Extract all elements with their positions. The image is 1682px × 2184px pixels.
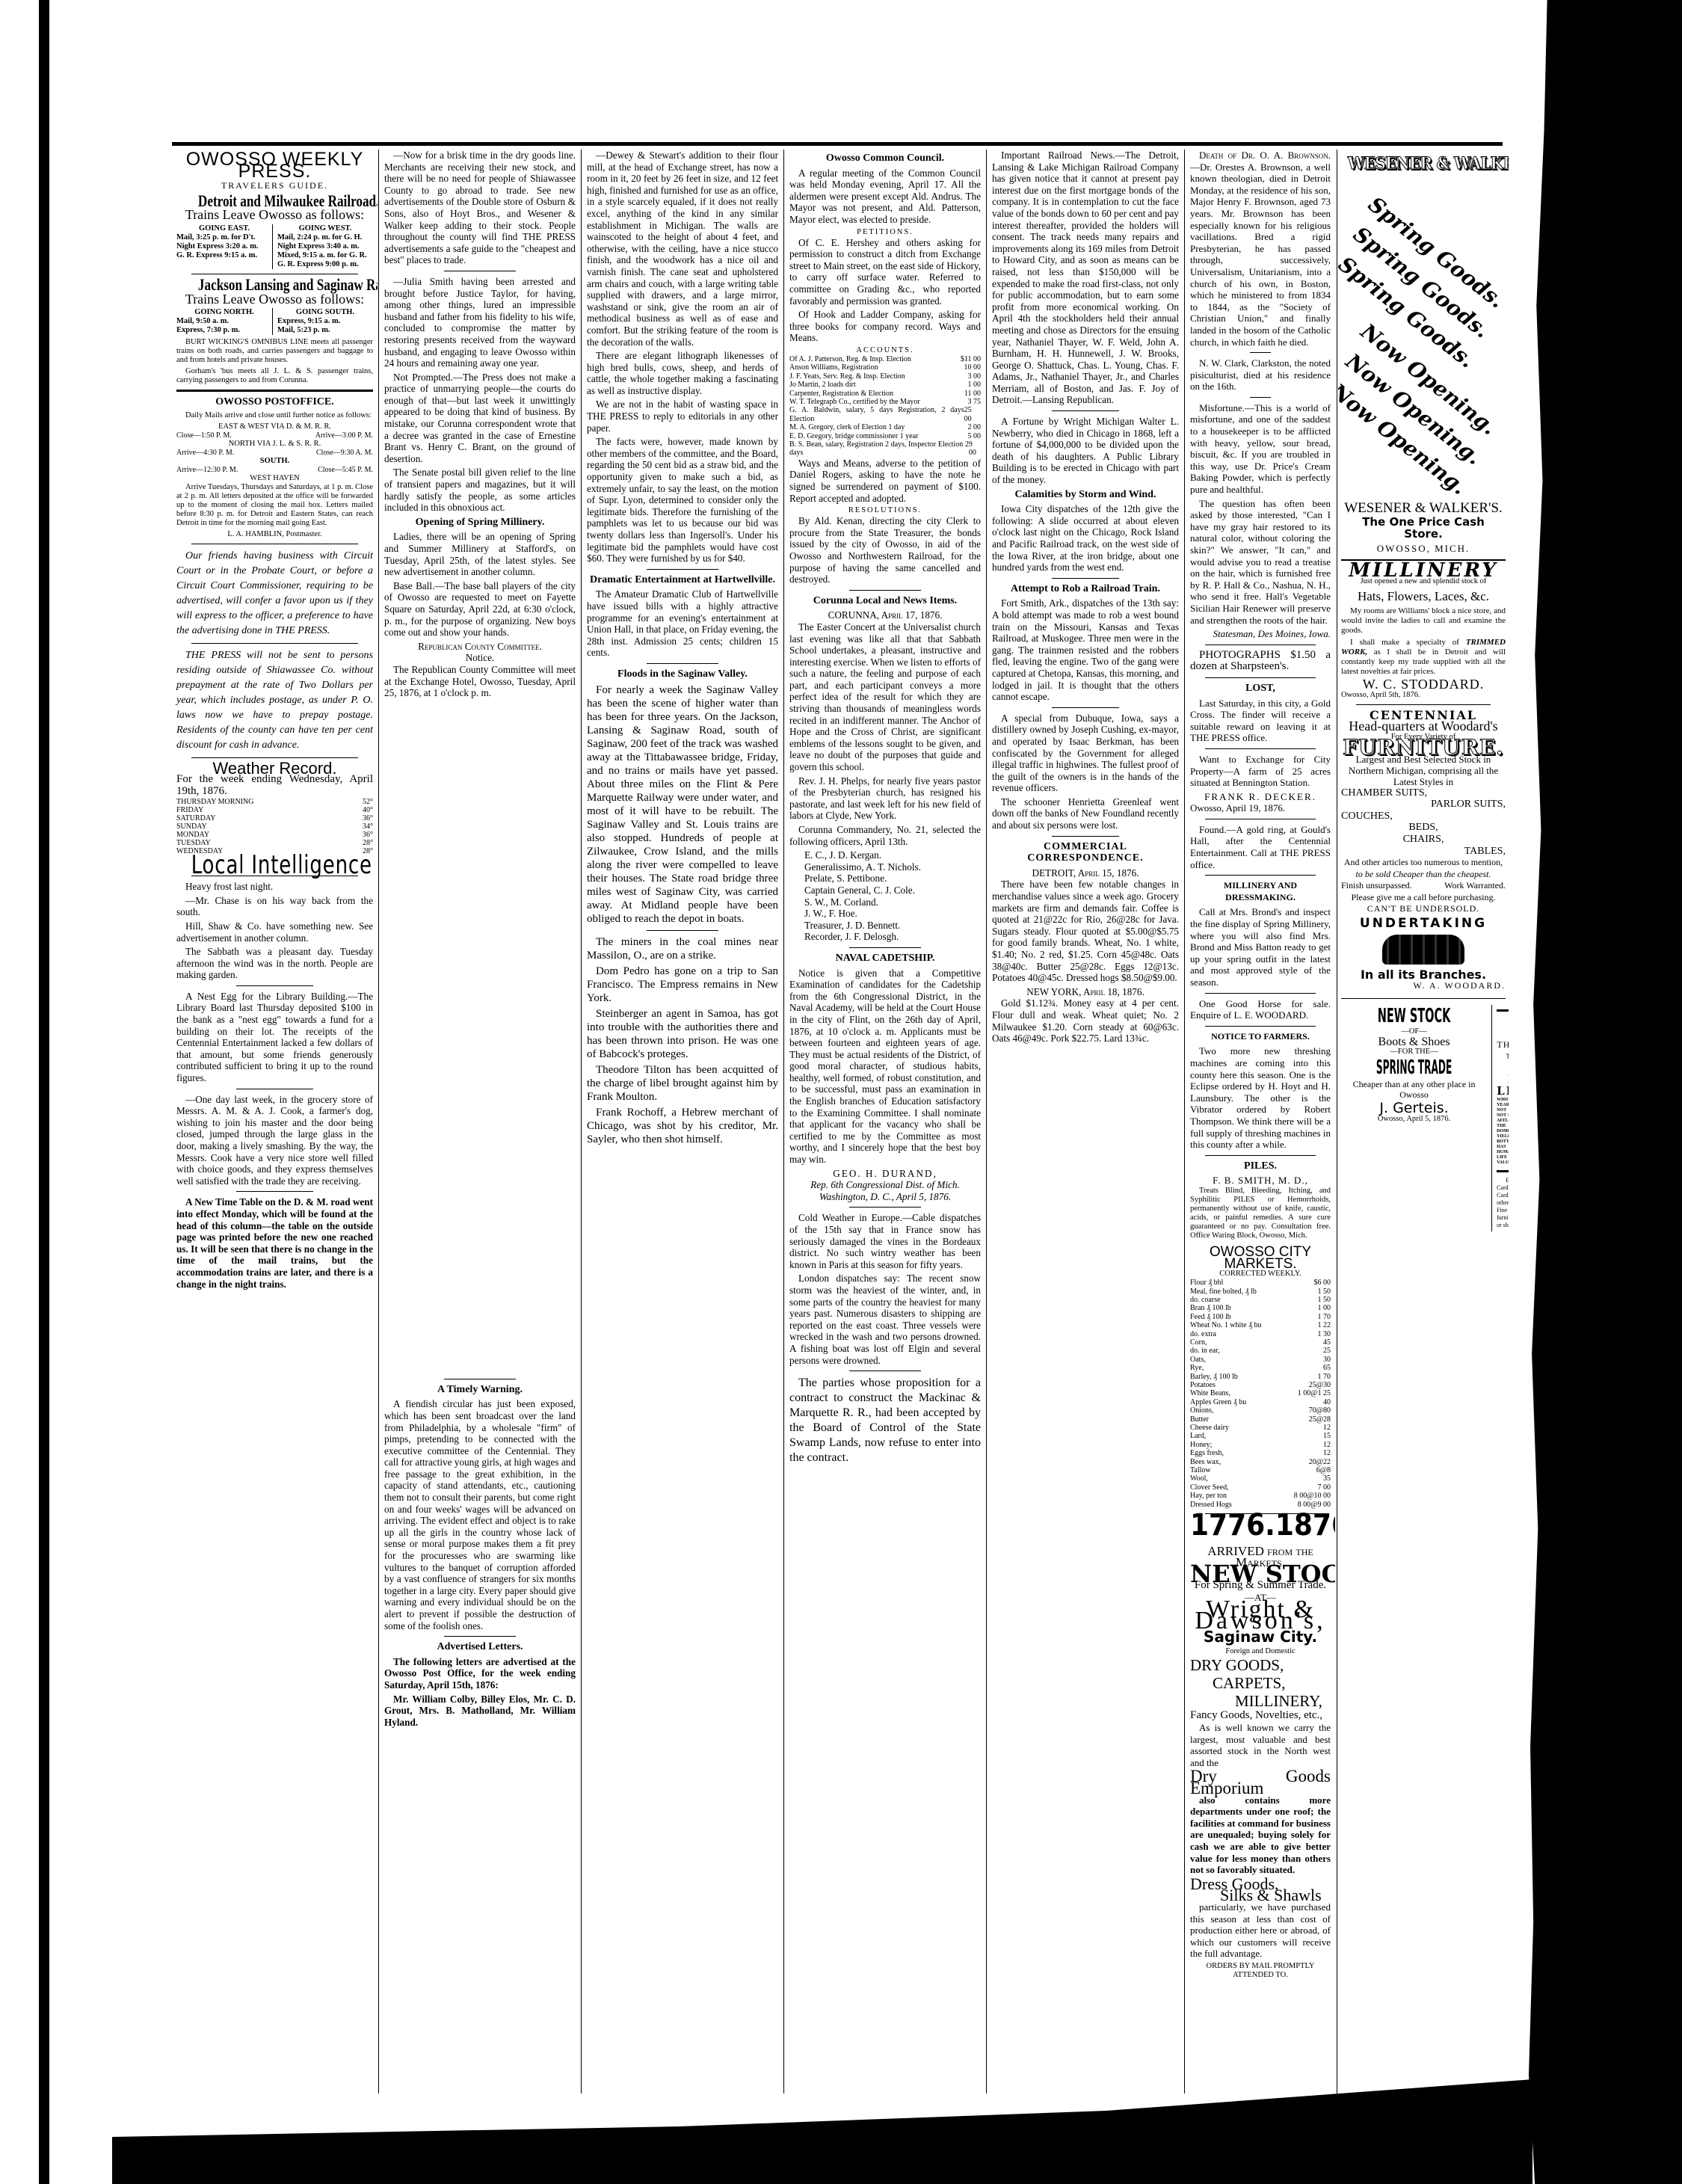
mail-route-heading: WEST HAVEN <box>176 474 373 483</box>
dramatic-heading: Dramatic Entertainment at Hartwellville. <box>587 574 778 586</box>
ways-means-text: Ways and Means, adverse to the petition … <box>789 458 981 504</box>
weather-row: MONDAY36° <box>176 831 373 839</box>
news-item: Not Prompted.—The Press does not make a … <box>384 372 576 465</box>
petition-item: Of Hook and Ladder Company, asking for t… <box>789 309 981 344</box>
divider <box>444 1636 516 1637</box>
misfortune-item: Misfortune.—This is a world of misfortun… <box>1190 402 1331 496</box>
divider <box>1205 819 1316 819</box>
headquarters-text: Head-quarters at Woodard's <box>1341 721 1506 733</box>
branches-text: In all its Branches. <box>1341 969 1506 981</box>
market-row-value: 25@28 <box>1309 1415 1331 1424</box>
weather-day: SUNDAY <box>176 822 207 831</box>
market-row-label: do. coarse <box>1190 1296 1221 1304</box>
divider <box>1205 1026 1316 1027</box>
divider <box>1205 748 1316 749</box>
divider <box>1052 707 1119 708</box>
mail-time: Close—1:50 P. M. <box>176 431 232 440</box>
direction-heading: GOING SOUTH. <box>277 308 373 317</box>
divider <box>1497 1170 1509 1172</box>
market-row: Oats,30 <box>1190 1356 1331 1364</box>
divider <box>1205 677 1316 678</box>
market-row-label: Hay, per ton <box>1190 1492 1227 1500</box>
divider <box>1356 704 1491 705</box>
for-the-text: —FOR THE— <box>1341 1048 1487 1056</box>
subscription-notice: THE PRESS will not be sent to persons re… <box>176 648 373 753</box>
corunna-heading: Corunna Local and News Items. <box>789 595 981 607</box>
timely-warning-text: A fiendish circular has just been expose… <box>384 1398 576 1631</box>
divider <box>849 947 921 948</box>
mail-route-heading: EAST & WEST VIA D. & M. R. R. <box>176 422 373 431</box>
news-item: The Senate postal bill given relief to t… <box>384 467 576 513</box>
market-row-value: 70@80 <box>1309 1406 1331 1415</box>
timely-warning-heading: A Timely Warning. <box>384 1384 576 1396</box>
account-row-label: W. T. Telegraph Co., certified by the Ma… <box>789 398 920 406</box>
officer-item: Captain General, C. J. Cole. <box>804 885 981 896</box>
naval-cadetship-text: Notice is given that a Competitive Exami… <box>789 968 981 1166</box>
mail-time: Arrive—4:30 P. M. <box>176 449 234 457</box>
coffin-illustration-icon <box>1382 935 1464 965</box>
mustang-liniment-ad: The Enemy of Disease! THE FOE OF PAIN TO… <box>1497 1005 1509 1231</box>
market-row: Barley, ₰ 100 lb1 70 <box>1190 1373 1331 1381</box>
known-text: As is well known we carry the largest, m… <box>1190 1722 1331 1768</box>
corunna-bus-notice: Gorham's 'bus meets all J. L. & S. passe… <box>176 367 373 385</box>
resolutions-text: By Ald. Kenan, directing the city Clerk … <box>789 515 981 585</box>
woodard-signature: W. A. WOODARD. <box>1341 980 1506 992</box>
exchange-date: Owosso, April 19, 1876. <box>1190 802 1331 814</box>
account-row-value: 25 00 <box>964 406 981 423</box>
market-row-label: Clover Seed, <box>1190 1483 1229 1492</box>
weather-day: MONDAY <box>176 831 209 839</box>
weather-row: SUNDAY34° <box>176 822 373 831</box>
train-row: Night Express 3:20 a. m. <box>176 242 272 251</box>
postoffice-title: OWOSSO POSTOFFICE. <box>176 396 373 408</box>
man-beast-text: TO MAN AND BEAST <box>1497 1051 1509 1063</box>
news-heading: Notice. <box>384 652 576 664</box>
market-row-value: 40 <box>1323 1398 1331 1406</box>
divider <box>191 757 358 758</box>
news-item: Ladies, there will be an opening of Spri… <box>384 531 576 577</box>
piles-text: Treats Blind, Bleeding, Itching, and Syp… <box>1190 1187 1331 1240</box>
local-item: A Nest Egg for the Library Building.—The… <box>176 991 373 1084</box>
postoffice-intro: Daily Mails arrive and close until furth… <box>176 411 373 420</box>
cold-weather-text: Cold Weather in Europe.—Cable dispatches… <box>789 1212 981 1270</box>
newyork-text: Gold $1.12¾. Money easy at 4 per cent. F… <box>992 997 1179 1044</box>
photographs-ad: PHOTOGRAPHS $1.50 a dozen at Sharpsteen'… <box>1190 650 1331 673</box>
exchange-signature: FRANK R. DECKER. <box>1190 791 1331 803</box>
account-row: Jo Martin, 2 loads dirt1 00 <box>789 381 981 389</box>
divider <box>1205 1155 1316 1156</box>
market-row: Bran ₰ 100 lb1 00 <box>1190 1304 1331 1312</box>
railroad-timetable-dm: Detroit and Milwaukee Railroad. Trains L… <box>176 195 373 269</box>
weather-temp: 36° <box>363 831 373 839</box>
one-price-line-2: The One Price Cash Store. <box>1341 517 1506 540</box>
market-row: Lard,15 <box>1190 1432 1331 1440</box>
beds: BEDS, <box>1341 822 1506 834</box>
hair-source: Statesman, Des Moines, Iowa. <box>1190 628 1331 640</box>
account-row: W. T. Telegraph Co., certified by the Ma… <box>789 398 981 406</box>
advertised-letters-text: The following letters are advertised at … <box>384 1656 576 1691</box>
account-row-value: 2 00 <box>968 423 982 431</box>
market-row-label: Meal, fine bolted, ₰ lb <box>1190 1288 1257 1296</box>
undertaking-heading: UNDERTAKING <box>1341 918 1506 930</box>
account-row: G. A. Baldwin, salary, 5 days Registrati… <box>789 406 981 423</box>
market-row-value: 1 22 <box>1318 1321 1331 1329</box>
brief-item: Theodore Tilton has been acquitted of th… <box>587 1063 778 1104</box>
market-row-value: 1 00@1 25 <box>1298 1389 1331 1397</box>
market-row: Eggs fresh,12 <box>1190 1449 1331 1457</box>
railroad-name: Detroit and Milwaukee Railroad. <box>198 195 351 207</box>
couches: COUCHES, <box>1341 810 1506 822</box>
market-row-value: 20@22 <box>1309 1458 1331 1466</box>
weather-row: FRIDAY40° <box>176 806 373 814</box>
market-row: Apples Green ₰ bu40 <box>1190 1398 1331 1406</box>
scan-margin-left <box>0 0 112 2184</box>
divider <box>849 1371 921 1371</box>
grand-old-text: Is the Grand Old <box>1497 1062 1509 1074</box>
dramatic-text: The Amateur Dramatic Club of Hartwellvil… <box>587 588 778 659</box>
lost-text: Last Saturday, in this city, a Gold Cros… <box>1190 698 1331 744</box>
market-row-label: Potatoes <box>1190 1381 1216 1389</box>
column-rule <box>986 150 987 2094</box>
millinery-text: MILLINERY, <box>1190 1692 1331 1710</box>
local-intelligence-heading: Local Intelligence <box>191 860 359 872</box>
officer-item: Prelate, S. Pettibone. <box>804 873 981 885</box>
for-spring-text: For Spring & Summer Trade. <box>1190 1580 1331 1592</box>
emporium-text: also contains more departments under one… <box>1190 1794 1331 1876</box>
account-row-value: 3 75 <box>968 398 982 406</box>
divider <box>1205 993 1316 994</box>
dressmaking-text: Call at Mrs. Brond's and inspect the fin… <box>1190 906 1331 988</box>
year-left: 1776. <box>1190 1520 1275 1532</box>
robbery-text: Fort Smith, Ark., dispatches of the 13th… <box>992 597 1179 702</box>
weather-temp: 40° <box>363 806 373 814</box>
please-text: Please give me a call before purchasing. <box>1341 892 1506 904</box>
largest-text: Largest and Best Selected Stock in North… <box>1341 754 1506 787</box>
divider <box>647 569 718 570</box>
finish-text: Finish unsurpassed. <box>1341 880 1412 892</box>
one-price-ad: WESENER & WALKER'S. The One Price Cash S… <box>1341 502 1506 555</box>
column-rule <box>1337 150 1337 2094</box>
officers-list: E. C., J. D. Kergan.Generalissimo, A. T.… <box>789 849 981 943</box>
account-row: M. A. Gregory, clerk of Election 1 day2 … <box>789 423 981 431</box>
market-row-label: Wool, <box>1190 1474 1208 1483</box>
divider <box>236 985 313 986</box>
market-row: Wheat No. 1 white ₰ bu1 22 <box>1190 1321 1331 1329</box>
account-row-label: Anson Williams, Registration <box>789 363 878 372</box>
column-1: OWOSSO WEEKLY PRESS. TRAVELERS GUIDE. De… <box>172 150 378 2094</box>
postoffice-section: OWOSSO POSTOFFICE. Daily Mails arrive an… <box>176 396 373 539</box>
piles-doctor: F. B. SMITH, M. D., <box>1190 1175 1331 1187</box>
dressmaking-heading: MILLINERY AND DRESSMAKING. <box>1190 880 1331 903</box>
divider <box>444 271 516 271</box>
brief-item: Steinberger an agent in Samoa, has got i… <box>587 1007 778 1061</box>
newyork-dateline: NEW YORK, April 18, 1876. <box>992 986 1179 998</box>
lost-heading: LOST, <box>1190 683 1331 695</box>
schooner-item: The schooner Henrietta Greenleaf went do… <box>992 796 1179 831</box>
account-row-label: J. F. Yeats, Serv. Reg. & Insp. Election <box>789 372 905 381</box>
train-row: Mail, 5:23 p. m. <box>277 326 373 335</box>
mail-time: Close—5:45 P. M. <box>318 466 373 474</box>
one-price-line-3: OWOSSO, MICH. <box>1341 543 1506 555</box>
market-row-label: do. in ear, <box>1190 1347 1220 1355</box>
column-5: Important Railroad News.—The Detroit, La… <box>988 150 1183 2094</box>
divider <box>191 643 358 644</box>
officer-item: J. W., F. Hoe. <box>804 908 981 920</box>
market-row-label: Oats, <box>1190 1356 1206 1364</box>
divider <box>849 1207 921 1208</box>
stoddard-date: Owosso, April 5th, 1876. <box>1341 691 1506 700</box>
market-row-label: Barley, ₰ 100 lb <box>1190 1373 1238 1381</box>
weather-day: FRIDAY <box>176 806 203 814</box>
commercial-heading: COMMERCIAL CORRESPONDENCE. <box>992 841 1179 864</box>
weather-title: Weather Record. <box>176 763 373 775</box>
market-row-label: Onions, <box>1190 1406 1213 1415</box>
weather-record: Weather Record. For the week ending Wedn… <box>176 763 373 855</box>
market-row-label: Lard, <box>1190 1432 1206 1440</box>
market-row-value: 15 <box>1323 1432 1331 1440</box>
scan-binding-strip <box>39 0 49 2184</box>
corunna-dateline: CORUNNA, April 17, 1876. <box>789 609 981 621</box>
london-dispatch: London dispatches say: The recent snow s… <box>789 1273 981 1366</box>
carpets-text: CARPETS, <box>1190 1674 1331 1692</box>
account-row-value: 10 00 <box>964 363 982 372</box>
divider <box>1250 352 1271 353</box>
resolutions-heading: RESOLUTIONS. <box>789 506 981 515</box>
floods-text: For nearly a week the Saginaw Valley has… <box>587 683 778 926</box>
west-haven-text: Arrive Tuesdays, Thursdays and Saturdays… <box>176 483 373 528</box>
account-row-label: E. D. Gregory, bridge commissioner 1 yea… <box>789 432 918 440</box>
market-row: Hay, per ton8 00@10 00 <box>1190 1492 1331 1500</box>
millinery-sub: Just opened a new and splendid stock of <box>1341 577 1506 586</box>
market-row-value: 1 50 <box>1318 1288 1331 1296</box>
mail-time: Arrive—12:30 P. M. <box>176 466 238 474</box>
dawson-text: Dawson's, <box>1190 1615 1331 1627</box>
gerteis-date: Owosso, April 5, 1876. <box>1341 1115 1487 1124</box>
petitions-heading: PETITIONS. <box>789 228 981 237</box>
wesener-walker-heading: WESENER & WALKER. <box>1348 159 1499 170</box>
weather-row: TUESDAY28° <box>176 839 373 847</box>
market-row-value: 1 50 <box>1318 1296 1331 1304</box>
market-row: do. extra1 30 <box>1190 1330 1331 1338</box>
top-rule <box>172 142 1503 146</box>
market-row-label: Rye, <box>1190 1364 1204 1372</box>
account-row-label: Jo Martin, 2 loads dirt <box>789 381 856 389</box>
council-intro: A regular meeting of the Common Council … <box>789 167 981 226</box>
local-item: —One day last week, in the grocery store… <box>176 1094 373 1187</box>
market-row: Feed ₰ 100 lb1 70 <box>1190 1313 1331 1321</box>
orders-text: ORDERS BY MAIL PROMPTLY ATTENDED TO. <box>1190 1962 1331 1980</box>
train-row: G. R. Express 9:00 p. m. <box>277 260 373 269</box>
weather-row: SATURDAY36° <box>176 814 373 822</box>
newberry-item: A Fortune by Wright Michigan Walter L. N… <box>992 416 1179 486</box>
market-row-label: Apples Green ₰ bu <box>1190 1398 1246 1406</box>
market-row-label: Cheese dairy <box>1190 1424 1229 1432</box>
railroad-name: Jackson Lansing and Saginaw Railroad <box>198 279 351 291</box>
market-row-value: 6@8 <box>1316 1466 1331 1474</box>
market-row-label: Bees wax, <box>1190 1458 1221 1466</box>
hats-text: Hats, Flowers, Laces, &c. <box>1341 591 1506 603</box>
advertised-letters-names: Mr. William Colby, Billey Elos, Mr. C. D… <box>384 1694 576 1729</box>
market-row-value: 25 <box>1323 1347 1331 1355</box>
boots-shoes-text: Boots & Shoes <box>1341 1036 1487 1048</box>
chairs: CHAIRS, <box>1341 834 1506 846</box>
divider <box>1052 410 1119 411</box>
other-text: And other articles too numerous to menti… <box>1341 857 1506 869</box>
market-row-value: 7 00 <box>1318 1483 1331 1492</box>
weather-day: THURSDAY MORNING <box>176 798 253 806</box>
account-row-value: 3 00 <box>968 372 982 381</box>
officer-item: Treasurer, J. D. Bennett. <box>804 920 981 932</box>
advertised-letters-heading: Advertised Letters. <box>384 1641 576 1653</box>
train-row: G. R. Express 9:15 a. m. <box>176 251 272 260</box>
death-notice: Death of Dr. O. A. Brownson. —Dr. Oreste… <box>1190 150 1331 348</box>
calamities-text: Iowa City dispatches of the 12th give th… <box>992 503 1179 573</box>
account-row-label: Carpenter, Registration & Election <box>789 390 893 398</box>
market-row-label: Bran ₰ 100 lb <box>1190 1304 1231 1312</box>
millinery-heading: MILLINERY <box>1341 565 1506 577</box>
liniment-text: WHICH HAS STOOD THE TEST OF 40 YEARS. TH… <box>1497 1098 1509 1166</box>
furniture-ad: CENTENNIAL Head-quarters at Woodard's Fo… <box>1341 710 1506 992</box>
markets-subheading: CORRECTED WEEKLY. <box>1190 1270 1331 1279</box>
local-item: The Sabbath was a pleasant day. Tuesday … <box>176 946 373 981</box>
divider <box>1250 397 1271 398</box>
market-row-value: 30 <box>1323 1356 1331 1364</box>
market-row-value: 1 30 <box>1318 1330 1331 1338</box>
account-row-value: 5 00 <box>968 432 982 440</box>
weather-row: THURSDAY MORNING52° <box>176 798 373 806</box>
cheaper-text: to be sold Cheaper than the cheapest. <box>1341 869 1506 881</box>
train-row: Mixed, 9:15 a. m. for G. R. <box>277 251 373 260</box>
masthead-title: OWOSSO WEEKLY PRESS. <box>176 154 373 177</box>
brief-item: Dom Pedro has gone on a trip to San Fran… <box>587 965 778 1005</box>
account-row-value: 1 00 <box>968 381 982 389</box>
signature-place: Washington, D. C., April 5, 1876. <box>789 1191 981 1203</box>
weather-day: TUESDAY <box>176 839 211 847</box>
account-row-label: Of A. J. Patterson, Reg. & Insp. Electio… <box>789 355 911 363</box>
market-row-label: Feed ₰ 100 lb <box>1190 1313 1231 1321</box>
divider <box>849 590 921 591</box>
accounts-heading: ACCOUNTS. <box>789 346 981 355</box>
direction-heading: GOING NORTH. <box>176 308 272 317</box>
council-heading: Owosso Common Council. <box>789 153 981 164</box>
market-row-label: Wheat No. 1 white ₰ bu <box>1190 1321 1262 1329</box>
market-row-label: Honey; <box>1190 1441 1212 1449</box>
column-3: —Dewey & Stewart's addition to their flo… <box>582 150 783 2094</box>
market-row-label: Flour ₰ bbl <box>1190 1279 1223 1287</box>
furniture-heading: FURNITURE. <box>1341 742 1506 754</box>
weather-temp: 28° <box>363 839 373 847</box>
naval-cadetship-heading: NAVAL CADETSHIP. <box>789 953 981 965</box>
account-row-label: G. A. Baldwin, salary, 5 days Registrati… <box>789 406 964 423</box>
piles-heading: PILES. <box>1190 1160 1331 1172</box>
local-item: Heavy frost last night. <box>176 881 373 893</box>
market-row: Meal, fine bolted, ₰ lb1 50 <box>1190 1288 1331 1296</box>
gerteis-signature: J. Gerteis. <box>1341 1103 1487 1115</box>
local-item: Hill, Shaw & Co. have something new. See… <box>176 920 373 944</box>
foe-text: THE FOE OF PAIN <box>1497 1039 1509 1051</box>
market-row-value: 25@30 <box>1309 1381 1331 1389</box>
divider <box>647 663 718 664</box>
travelers-guide-heading: TRAVELERS GUIDE. <box>176 180 373 192</box>
market-row: Wool,35 <box>1190 1474 1331 1483</box>
market-row: Corn,45 <box>1190 1338 1331 1347</box>
market-row: Rye,65 <box>1190 1364 1331 1372</box>
market-row-label: Tallow <box>1190 1466 1211 1474</box>
calamities-heading: Calamities by Storm and Wind. <box>992 489 1179 501</box>
divider <box>1052 836 1119 837</box>
news-item: Base Ball.—The base ball players of the … <box>384 580 576 639</box>
weather-subtitle: For the week ending Wednesday, April 19t… <box>176 774 373 797</box>
divider <box>236 1089 313 1089</box>
column-2: —Now for a brisk time in the dry goods l… <box>380 150 580 2094</box>
corunna-item: Corunna Commandery, No. 21, selected the… <box>789 824 981 847</box>
farmers-text: Two more new threshing machines are comi… <box>1190 1045 1331 1150</box>
account-row: Anson Williams, Registration10 00 <box>789 363 981 372</box>
tables: TABLES, <box>1341 846 1506 858</box>
news-item: There are elegant lithograph likenesses … <box>587 350 778 396</box>
news-heading: Opening of Spring Millinery. <box>384 517 576 529</box>
commercial-text: There have been few notable changes in m… <box>992 879 1179 983</box>
market-row-value: 8 00@10 00 <box>1294 1492 1331 1500</box>
fancy-text: Fancy Goods, Novelties, etc., <box>1190 1710 1331 1722</box>
emporium-heading: Dry Goods Emporium <box>1190 1771 1331 1794</box>
news-item: The facts were, however, made known by o… <box>587 436 778 565</box>
corunna-item: Rev. J. H. Phelps, for nearly five years… <box>789 775 981 822</box>
new-stock-heading: NEW STOCK <box>1190 1569 1331 1581</box>
market-row: Cheese dairy12 <box>1190 1424 1331 1432</box>
divider <box>176 390 373 392</box>
market-row-value: $6 00 <box>1314 1279 1331 1287</box>
market-row: Clover Seed,7 00 <box>1190 1483 1331 1492</box>
news-heading: Republican County Committee. <box>384 641 576 653</box>
warranted-text: Work Warranted. <box>1444 880 1506 892</box>
robbery-heading: Attempt to Rob a Railroad Train. <box>992 583 1179 595</box>
account-row-value: 11 00 <box>964 390 981 398</box>
omnibus-notice: BURT WICKING'S OMNIBUS LINE meets all pa… <box>176 338 373 365</box>
market-row-label: Butter <box>1190 1415 1209 1424</box>
market-row-value: 1 70 <box>1318 1313 1331 1321</box>
direction-heading: GOING EAST. <box>176 224 272 233</box>
direction-heading: GOING WEST. <box>277 224 373 233</box>
chamber-suits: CHAMBER SUITS, <box>1341 787 1506 799</box>
account-row: B. S. Bean, salary, Registration 2 days,… <box>789 440 981 458</box>
market-row: Flour ₰ bbl$6 00 <box>1190 1279 1331 1287</box>
enemy-text: The Enemy of Disease! <box>1497 1016 1509 1039</box>
corunna-item: The Easter Concert at the Universalist c… <box>789 621 981 773</box>
account-row-value: $11 00 <box>961 355 981 363</box>
officer-item: E. C., J. D. Kergan. <box>804 849 981 861</box>
train-row: Express, 7:30 p. m. <box>176 326 272 335</box>
officer-item: Recorder, J. F. Delosgh. <box>804 931 981 943</box>
market-row-value: 12 <box>1323 1441 1331 1449</box>
market-row: do. in ear,25 <box>1190 1347 1331 1355</box>
market-row-value: 1 70 <box>1318 1373 1331 1381</box>
account-row: Carpenter, Registration & Election11 00 <box>789 390 981 398</box>
parlor-suits: PARLOR SUITS, <box>1341 799 1506 810</box>
bottom-ads: NEW STOCK —OF— Boots & Shoes —FOR THE— S… <box>1341 998 1506 1231</box>
specialty-text: I shall make a specialty of <box>1350 638 1459 647</box>
scan-margin-right <box>1529 0 1682 2184</box>
rooms-text: My rooms are Williams' block a nice stor… <box>1341 606 1506 636</box>
dubuque-item: A special from Dubuque, Iowa, says a dis… <box>992 713 1179 794</box>
railroad-timetable-jls: Jackson Lansing and Saginaw Railroad Tra… <box>176 279 373 335</box>
newspaper-page: OWOSSO WEEKLY PRESS. TRAVELERS GUIDE. De… <box>172 150 1503 2094</box>
market-row-label: do. extra <box>1190 1330 1216 1338</box>
spring-goods-ad: Spring Goods. Spring Goods. Spring Goods… <box>1341 173 1506 502</box>
train-row: Night Express 3:40 a. m. <box>277 242 373 251</box>
market-row: Honey;12 <box>1190 1441 1331 1449</box>
divider <box>647 930 718 931</box>
